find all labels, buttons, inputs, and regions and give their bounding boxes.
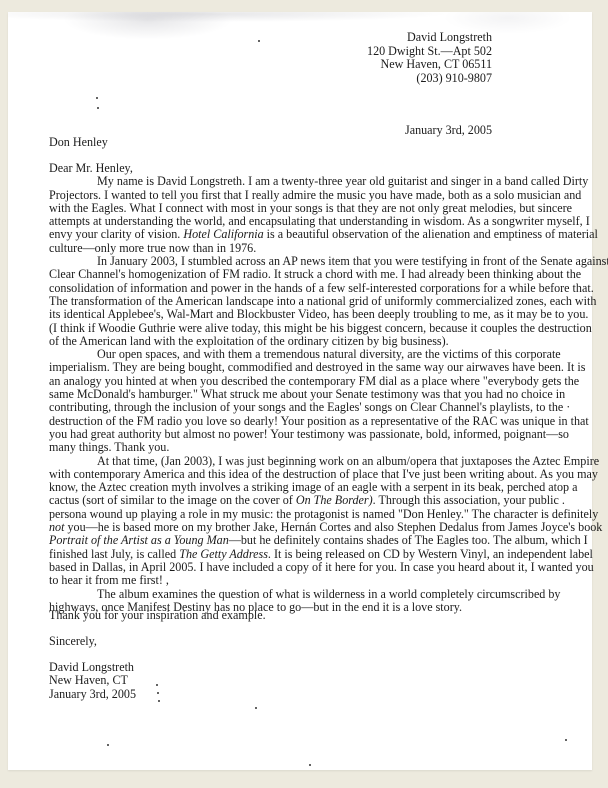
sender-address-line2: New Haven, CT 06511 (292, 58, 492, 72)
paragraph-line: Projectors. I wanted to tell you first t… (49, 189, 574, 202)
paragraph-line: not you—he is based more on my brother J… (49, 521, 574, 534)
italic-title: not (49, 520, 64, 534)
closing-line: Thank you for your inspiration and examp… (49, 609, 266, 622)
signature-date: January 3rd, 2005 (49, 688, 136, 701)
paragraph-line: At that time, (Jan 2003), I was just beg… (49, 455, 574, 468)
scan-speck (158, 700, 160, 702)
signature-block: David Longstreth New Haven, CT January 3… (49, 661, 136, 701)
scan-speck (96, 97, 98, 99)
scan-speck (157, 692, 159, 694)
scan-speck (309, 764, 311, 766)
scan-speck (255, 707, 257, 709)
letter-body: Dear Mr. Henley, My name is David Longst… (49, 162, 574, 614)
body-paragraph: In January 2003, I stumbled across an AP… (49, 255, 574, 348)
italic-title: Hotel California (183, 227, 263, 241)
paragraph-line: destruction of the FM radio you love so … (49, 415, 574, 428)
paragraph-line: culture—only more true now than in 1976. (49, 242, 574, 255)
paragraph-line: to hear it from me first! , (49, 574, 574, 587)
paragraph-line: same McDonald's hamburger." What struck … (49, 388, 574, 401)
paragraph-line: contributing, through the inclusion of y… (49, 401, 574, 414)
italic-title: The Getty Address (179, 547, 268, 561)
sender-name: David Longstreth (292, 31, 492, 45)
letter-content: David Longstreth 120 Dwight St.—Apt 502 … (8, 12, 592, 770)
paragraph-line: with the Eagles. What I connect with mos… (49, 202, 574, 215)
sender-address-block: David Longstreth 120 Dwight St.—Apt 502 … (292, 31, 492, 85)
paragraph-line: with contemporary America and this idea … (49, 468, 574, 481)
paragraph-line: finished last July, is called The Getty … (49, 548, 574, 561)
paragraph-line: its identical Applebee's, Wal-Mart and B… (49, 308, 574, 321)
letter-date: January 3rd, 2005 (292, 124, 492, 137)
signature-name: David Longstreth (49, 661, 136, 674)
letter-page: David Longstreth 120 Dwight St.—Apt 502 … (8, 12, 592, 770)
paragraph-line: an analogy you hinted at when you descri… (49, 375, 574, 388)
paragraph-line: The album examines the question of what … (49, 588, 574, 601)
paragraph-line: (I think if Woodie Guthrie were alive to… (49, 322, 574, 335)
paragraph-line: persona wound up playing a role in my mu… (49, 508, 574, 521)
paragraph-line: imperialism. They are being bought, comm… (49, 361, 574, 374)
sender-address-line1: 120 Dwight St.—Apt 502 (292, 45, 492, 59)
italic-title: On The Border) (296, 493, 373, 507)
recipient-name: Don Henley (49, 136, 108, 149)
paragraph-line: consolidation of information and power i… (49, 282, 574, 295)
paragraph-line: My name is David Longstreth. I am a twen… (49, 175, 574, 188)
paragraph-line: attempts at understanding the world, and… (49, 215, 574, 228)
paragraph-line: envy your clarity of vision. Hotel Calif… (49, 228, 574, 241)
sender-phone: (203) 910-9807 (292, 72, 492, 86)
scan-speck (97, 107, 99, 109)
scan-speck (107, 744, 109, 746)
paragraph-line: Our open spaces, and with them a tremend… (49, 348, 574, 361)
scan-speck (156, 684, 158, 686)
body-paragraph: At that time, (Jan 2003), I was just beg… (49, 455, 574, 588)
salutation: Dear Mr. Henley, (49, 162, 574, 175)
italic-title: Portrait of the Artist as a Young Man (49, 533, 229, 547)
paragraph-line: In January 2003, I stumbled across an AP… (49, 255, 574, 268)
body-paragraphs: My name is David Longstreth. I am a twen… (49, 175, 574, 614)
paragraph-line: you had great authority but almost no po… (49, 428, 574, 441)
body-paragraph: Our open spaces, and with them a tremend… (49, 348, 574, 454)
signature-location: New Haven, CT (49, 674, 136, 687)
paragraph-line: based in Dallas, in April 2005. I have i… (49, 561, 574, 574)
paragraph-line: know, the Aztec creation myth involves a… (49, 481, 574, 494)
body-paragraph: My name is David Longstreth. I am a twen… (49, 175, 574, 255)
paragraph-line: Portrait of the Artist as a Young Man—bu… (49, 534, 574, 547)
scan-speck (258, 40, 260, 42)
paragraph-line: cactus (sort of similar to the image on … (49, 494, 574, 507)
paragraph-line: Clear Channel's homogenization of FM rad… (49, 268, 574, 281)
paragraph-line: many things. Thank you. (49, 441, 574, 454)
signoff: Sincerely, (49, 635, 97, 648)
paragraph-line: of the American land with the exploitati… (49, 335, 574, 348)
paragraph-line: The transformation of the American lands… (49, 295, 574, 308)
scan-speck (565, 739, 567, 741)
